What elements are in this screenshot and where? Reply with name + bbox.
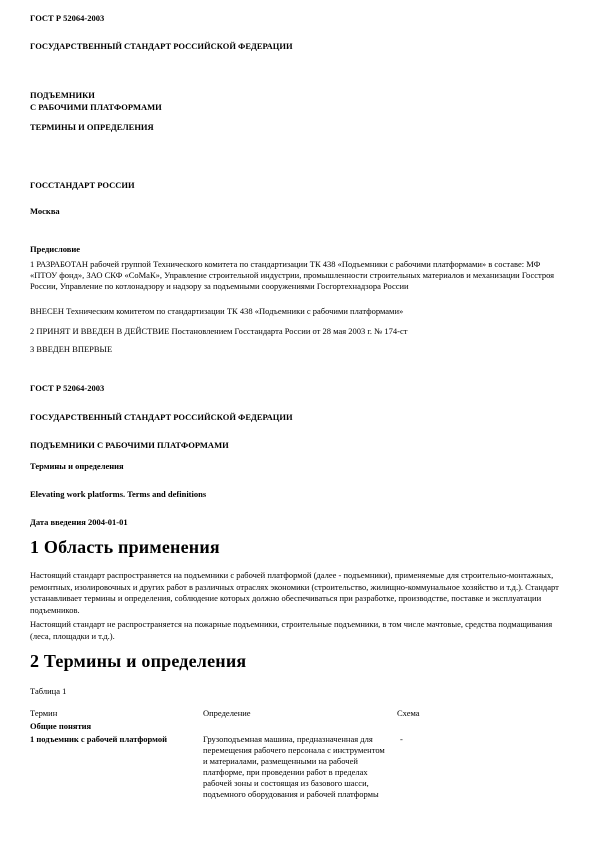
document-page: ГОСТ Р 52064-2003 ГОСУДАРСТВЕННЫЙ СТАНДА… <box>0 0 595 842</box>
foreword-item-4: 3 ВВЕДЕН ВПЕРВЫЕ <box>30 344 567 355</box>
scope-paragraph-2: Настоящий стандарт не распространяется н… <box>30 619 567 642</box>
definition-cell: Грузоподъемная машина, предназначенная д… <box>203 734 397 800</box>
title-block-subtitle-ru: Термины и определения <box>30 461 567 472</box>
scope-paragraph-1: Настоящий стандарт распространяется на п… <box>30 570 567 616</box>
term-cell: 1 подъемник с рабочей платформой <box>30 734 203 800</box>
document-title-line2: С РАБОЧИМИ ПЛАТФОРМАМИ <box>30 102 567 114</box>
terms-table: Термин Определение Схема Общие понятия 1… <box>30 708 567 800</box>
title-block-title: ПОДЪЕМНИКИ С РАБОЧИМИ ПЛАТФОРМАМИ <box>30 440 567 451</box>
document-title-line1: ПОДЪЕМНИКИ <box>30 90 567 102</box>
publisher: ГОССТАНДАРТ РОССИИ <box>30 180 567 191</box>
table-header-term: Термин <box>30 708 203 720</box>
section-1-heading: 1 Область применения <box>30 537 567 557</box>
doc-number-title-block: ГОСТ Р 52064-2003 <box>30 383 567 394</box>
foreword-heading: Предисловие <box>30 244 567 255</box>
standard-type-title-block: ГОСУДАРСТВЕННЫЙ СТАНДАРТ РОССИЙСКОЙ ФЕДЕ… <box>30 412 567 423</box>
section-2-heading: 2 Термины и определения <box>30 651 567 671</box>
foreword-item-2: ВНЕСЕН Техническим комитетом по стандарт… <box>30 306 567 317</box>
document-title: ПОДЪЕМНИКИ С РАБОЧИМИ ПЛАТФОРМАМИ <box>30 90 567 113</box>
effective-date: Дата введения 2004-01-01 <box>30 517 567 528</box>
title-block-subtitle-en: Elevating work platforms. Terms and defi… <box>30 489 567 500</box>
standard-type-heading: ГОСУДАРСТВЕННЫЙ СТАНДАРТ РОССИЙСКОЙ ФЕДЕ… <box>30 41 567 52</box>
table-header-definition: Определение <box>203 708 397 720</box>
scheme-cell: - <box>397 734 567 800</box>
publisher-city: Москва <box>30 206 567 217</box>
doc-number-top: ГОСТ Р 52064-2003 <box>30 13 567 24</box>
foreword-item-3: 2 ПРИНЯТ И ВВЕДЕН В ДЕЙСТВИЕ Постановлен… <box>30 326 567 337</box>
foreword-item-1: 1 РАЗРАБОТАН рабочей группой Техническог… <box>30 259 567 292</box>
table-caption: Таблица 1 <box>30 686 567 697</box>
table-header-scheme: Схема <box>397 708 567 720</box>
table-group-header: Общие понятия <box>30 720 567 734</box>
document-subtitle: ТЕРМИНЫ И ОПРЕДЕЛЕНИЯ <box>30 122 567 133</box>
